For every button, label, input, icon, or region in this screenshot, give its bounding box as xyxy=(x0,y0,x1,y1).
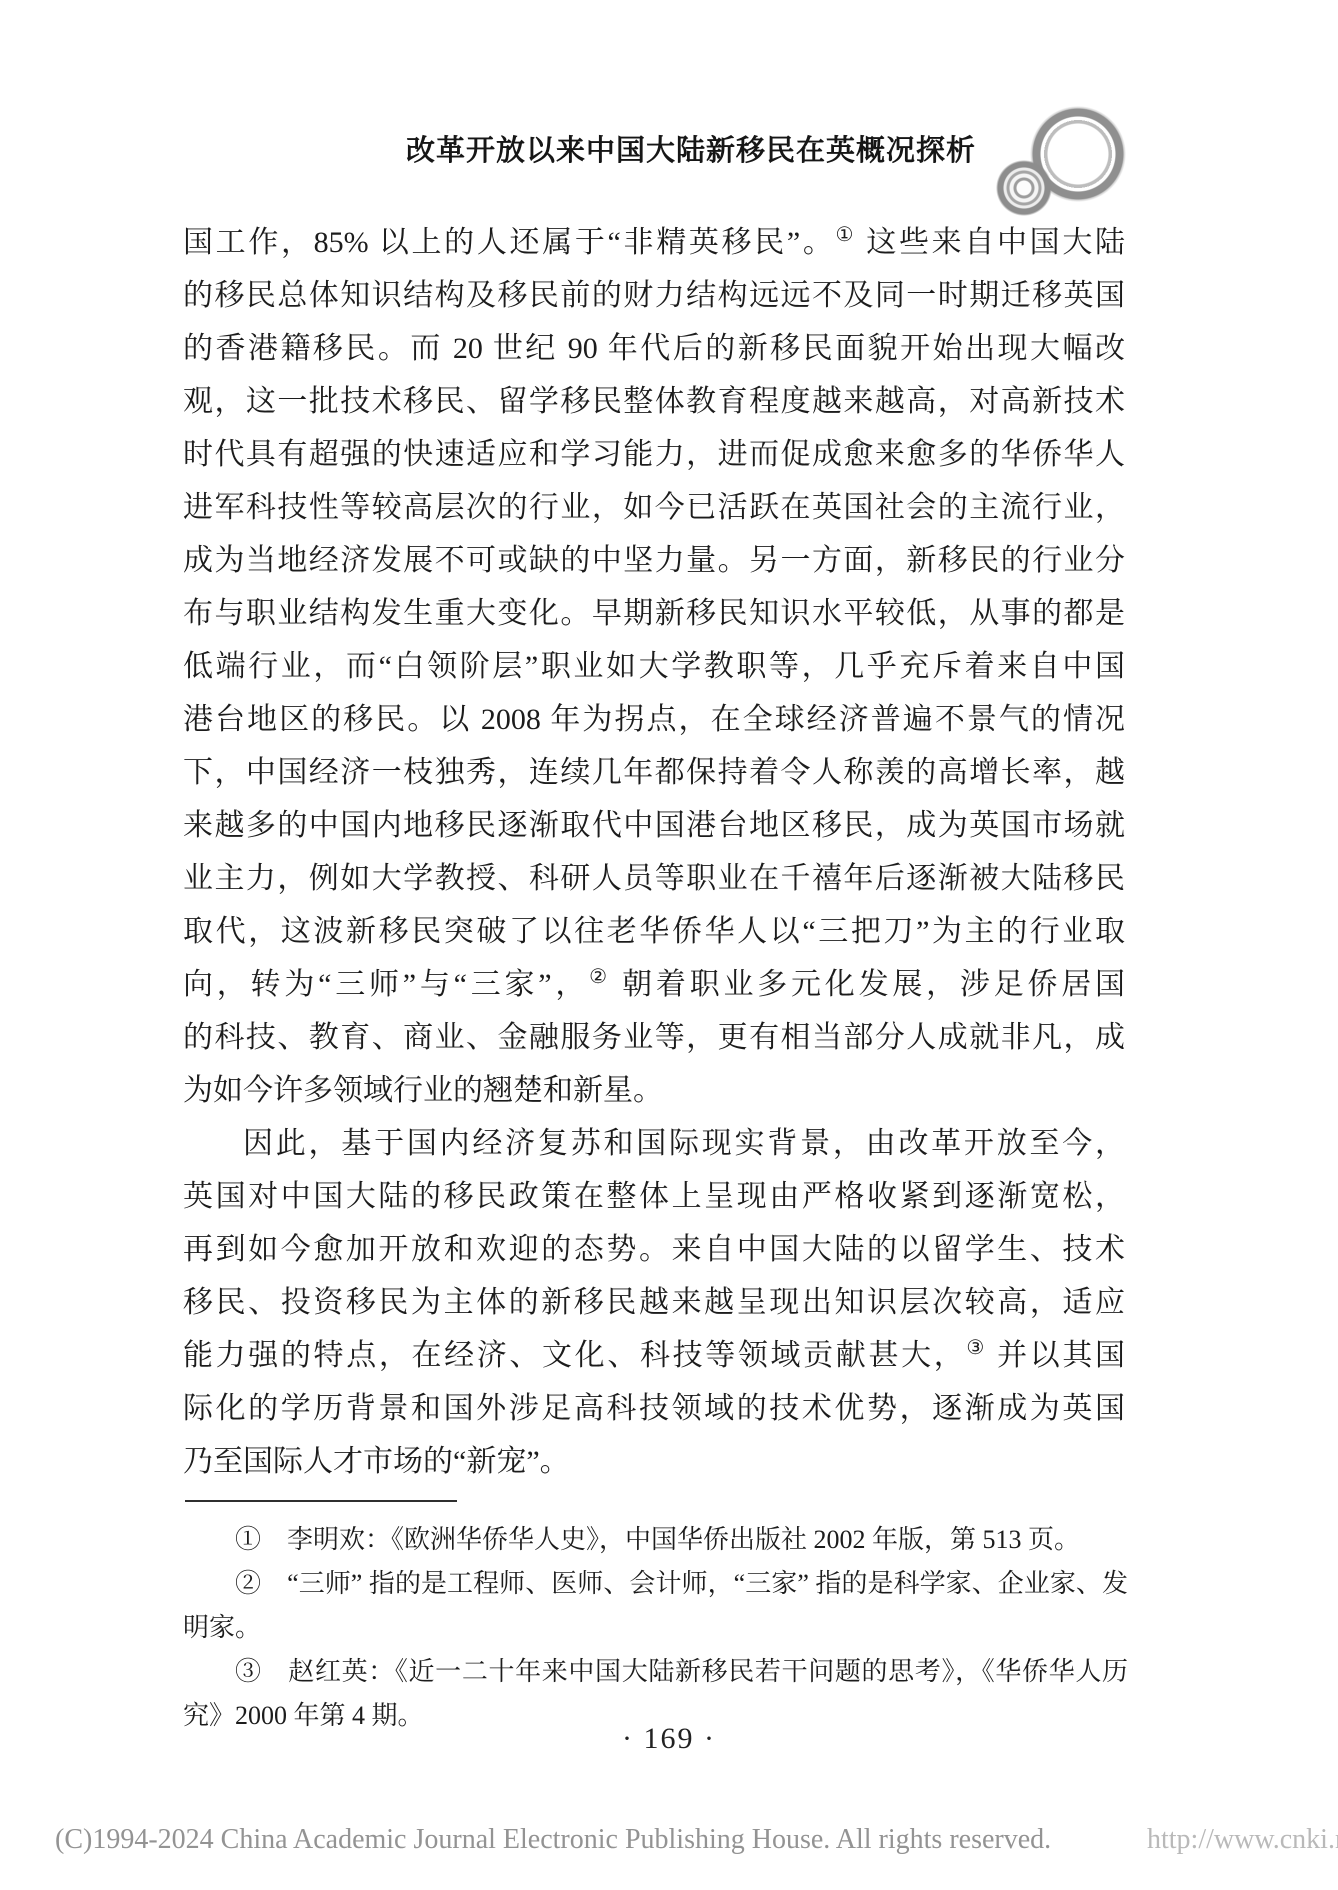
footnotes: ① 李明欢：《欧洲华侨华人史》，中国华侨出版社 2002 年版，第 513 页。… xyxy=(183,1518,1128,1738)
page-number: · 169 · xyxy=(0,1722,1338,1756)
text-line: 成为当地经济发展不可或缺的中坚力量。另一方面，新移民的行业分 xyxy=(183,534,1125,587)
text-line: 际化的学历背景和国外涉足高科技领域的技术优势，逐渐成为英国 xyxy=(183,1382,1125,1435)
text-line: 乃至国际人才市场的“新宠”。 xyxy=(183,1435,1125,1488)
text-line: 向，转为“三师”与“三家”，② 朝着职业多元化发展，涉足侨居国 xyxy=(183,958,1125,1011)
footnote-line: 明家。 xyxy=(183,1606,1128,1650)
journal-logo-icon xyxy=(996,88,1130,218)
text-line: 时代具有超强的快速适应和学习能力，进而促成愈来愈多的华侨华人 xyxy=(183,428,1125,481)
page-header-title: 改革开放以来中国大陆新移民在英概况探析 xyxy=(406,128,976,169)
journal-page: 改革开放以来中国大陆新移民在英概况探析 国工作，85% 以上的人还属于“非精英移… xyxy=(0,0,1338,1890)
text-line: 英国对中国大陆的移民政策在整体上呈现由严格收紧到逐渐宽松， xyxy=(183,1170,1125,1223)
text-line: 港台地区的移民。以 2008 年为拐点，在全球经济普遍不景气的情况 xyxy=(183,693,1125,746)
text-line: 下，中国经济一枝独秀，连续几年都保持着令人称羡的高增长率，越 xyxy=(183,746,1125,799)
text-line: 国工作，85% 以上的人还属于“非精英移民”。① 这些来自中国大陆 xyxy=(183,216,1125,269)
footnote-ref: ② xyxy=(589,966,611,988)
text-line: 观，这一批技术移民、留学移民整体教育程度越来越高，对高新技术 xyxy=(183,375,1125,428)
text-line: 的科技、教育、商业、金融服务业等，更有相当部分人成就非凡，成 xyxy=(183,1011,1125,1064)
footnote-line: ② “三师” 指的是工程师、医师、会计师，“三家” 指的是科学家、企业家、发 xyxy=(183,1562,1128,1606)
text-line: 来越多的中国内地移民逐渐取代中国港台地区移民，成为英国市场就 xyxy=(183,799,1125,852)
footnote-line: ① 李明欢：《欧洲华侨华人史》，中国华侨出版社 2002 年版，第 513 页。 xyxy=(183,1518,1128,1562)
copyright-notice: (C)1994-2024 China Academic Journal Elec… xyxy=(55,1824,1051,1856)
text-line: 取代，这波新移民突破了以往老华侨华人以“三把刀”为主的行业取 xyxy=(183,905,1125,958)
text-line: 的移民总体知识结构及移民前的财力结构远远不及同一时期迁移英国 xyxy=(183,269,1125,322)
text-line: 业主力，例如大学教授、科研人员等职业在千禧年后逐渐被大陆移民 xyxy=(183,852,1125,905)
footnote-ref: ① xyxy=(836,224,857,246)
watermark-url: http://www.cnki.net xyxy=(1147,1824,1338,1856)
text-line: 能力强的特点，在经济、文化、科技等领域贡献甚大，③ 并以其国 xyxy=(183,1329,1125,1382)
text-line: 为如今许多领域行业的翘楚和新星。 xyxy=(183,1064,1125,1117)
text-line: 低端行业，而“白领阶层”职业如大学教职等，几乎充斥着来自中国 xyxy=(183,640,1125,693)
text-line: 的香港籍移民。而 20 世纪 90 年代后的新移民面貌开始出现大幅改 xyxy=(183,322,1125,375)
article-body: 国工作，85% 以上的人还属于“非精英移民”。① 这些来自中国大陆的移民总体知识… xyxy=(183,216,1125,1488)
text-line: 进军科技性等较高层次的行业，如今已活跃在英国社会的主流行业， xyxy=(183,481,1125,534)
footnote-line: ③ 赵红英：《近一二十年来中国大陆新移民若干问题的思考》，《华侨华人历史研 xyxy=(183,1650,1128,1694)
inner-ring-icon xyxy=(996,160,1052,216)
text-line: 再到如今愈加开放和欢迎的态势。来自中国大陆的以留学生、技术 xyxy=(183,1223,1125,1276)
text-line: 移民、投资移民为主体的新移民越来越呈现出知识层次较高，适应 xyxy=(183,1276,1125,1329)
text-line: 因此，基于国内经济复苏和国际现实背景，由改革开放至今， xyxy=(183,1117,1125,1170)
footnote-ref: ③ xyxy=(966,1337,987,1359)
text-line: 布与职业结构发生重大变化。早期新移民知识水平较低，从事的都是 xyxy=(183,587,1125,640)
footnote-divider xyxy=(185,1500,457,1502)
